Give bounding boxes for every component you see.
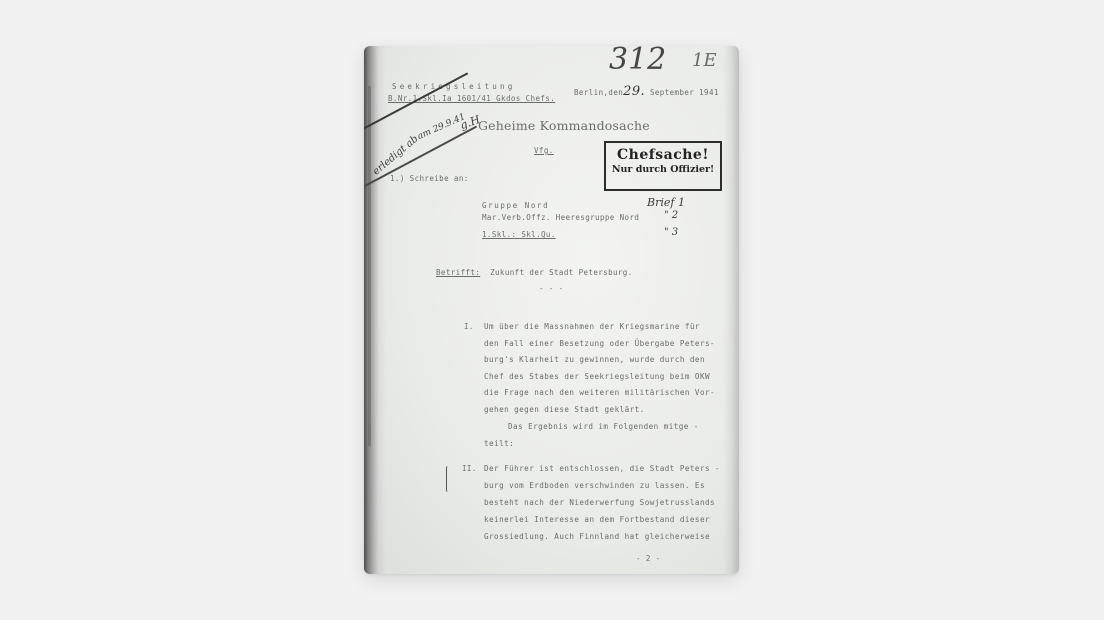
body-line: Das Ergebnis wird im Folgenden mitge - (508, 422, 699, 431)
body-line: den Fall einer Besetzung oder Übergabe P… (484, 339, 715, 348)
classification: Geheime Kommandosache (478, 118, 650, 133)
page-marker: - 2 - (636, 554, 661, 563)
body-line: Grossiedlung. Auch Finnland hat gleicher… (484, 532, 710, 541)
sender: Seekriegsleitung (392, 82, 515, 91)
place-date: Berlin,den29. September 1941 (574, 84, 719, 99)
margin-bracket (446, 466, 450, 492)
body-line: die Frage nach den weiteren militärische… (484, 388, 715, 397)
recipient-2-copy: " 2 (664, 210, 678, 221)
stamp-line-1: Chefsache! (606, 147, 720, 163)
archive-mark: 1E (692, 50, 717, 71)
body-line: Um über die Massnahmen der Kriegsmarine … (484, 322, 700, 331)
month-year: September 1941 (650, 88, 719, 97)
body-line: besteht nach der Niederwerfung Sowjetrus… (484, 498, 715, 507)
recipient-3: 1.Skl.: Skl.Qu. (482, 230, 556, 239)
subject-line: Betrifft: Zukunft der Stadt Petersburg. (436, 268, 633, 277)
recipient-3-copy: " 3 (664, 227, 678, 238)
body-line: teilt: (484, 439, 514, 448)
handwritten-note-left: erledigt ab (371, 133, 421, 177)
handwritten-note-date: am 29.9.41 (416, 112, 467, 142)
instruction: 1.) Schreibe an: (390, 174, 469, 183)
body-line: burg's Klarheit zu gewinnen, wurde durch… (484, 355, 705, 364)
secret-stamp: Chefsache! Nur durch Offizier! (604, 141, 722, 191)
section-2-numeral: II. (462, 464, 477, 473)
document-scan: 312 1E Seekriegsleitung B.Nr.1.Skl.Ia 16… (364, 46, 739, 574)
place-label: Berlin,den (574, 88, 623, 97)
body-line: Chef des Stabes der Seekriegsleitung bei… (484, 372, 710, 381)
archive-number: 312 (609, 46, 666, 77)
body-line: Der Führer ist entschlossen, die Stadt P… (484, 464, 720, 473)
body-line: keinerlei Interesse an dem Fortbestand d… (484, 515, 710, 524)
day-handwritten: 29. (623, 84, 645, 99)
recipient-1: Gruppe Nord (482, 201, 549, 210)
recipient-1-copy: Brief 1 (647, 196, 685, 209)
recipient-2: Mar.Verb.Offz. Heeresgruppe Nord (482, 213, 639, 222)
subject-label: Betrifft: (436, 268, 480, 277)
stamp-line-2: Nur durch Offizier! (606, 164, 720, 175)
section-1-numeral: I. (464, 322, 474, 331)
vfg-label: Vfg. (534, 146, 554, 155)
body-line: burg vom Erdboden verschwinden zu lassen… (484, 481, 705, 490)
separator: - - - (539, 284, 564, 293)
subject-text: Zukunft der Stadt Petersburg. (490, 268, 633, 277)
body-line: gehen gegen diese Stadt geklärt. (484, 405, 645, 414)
